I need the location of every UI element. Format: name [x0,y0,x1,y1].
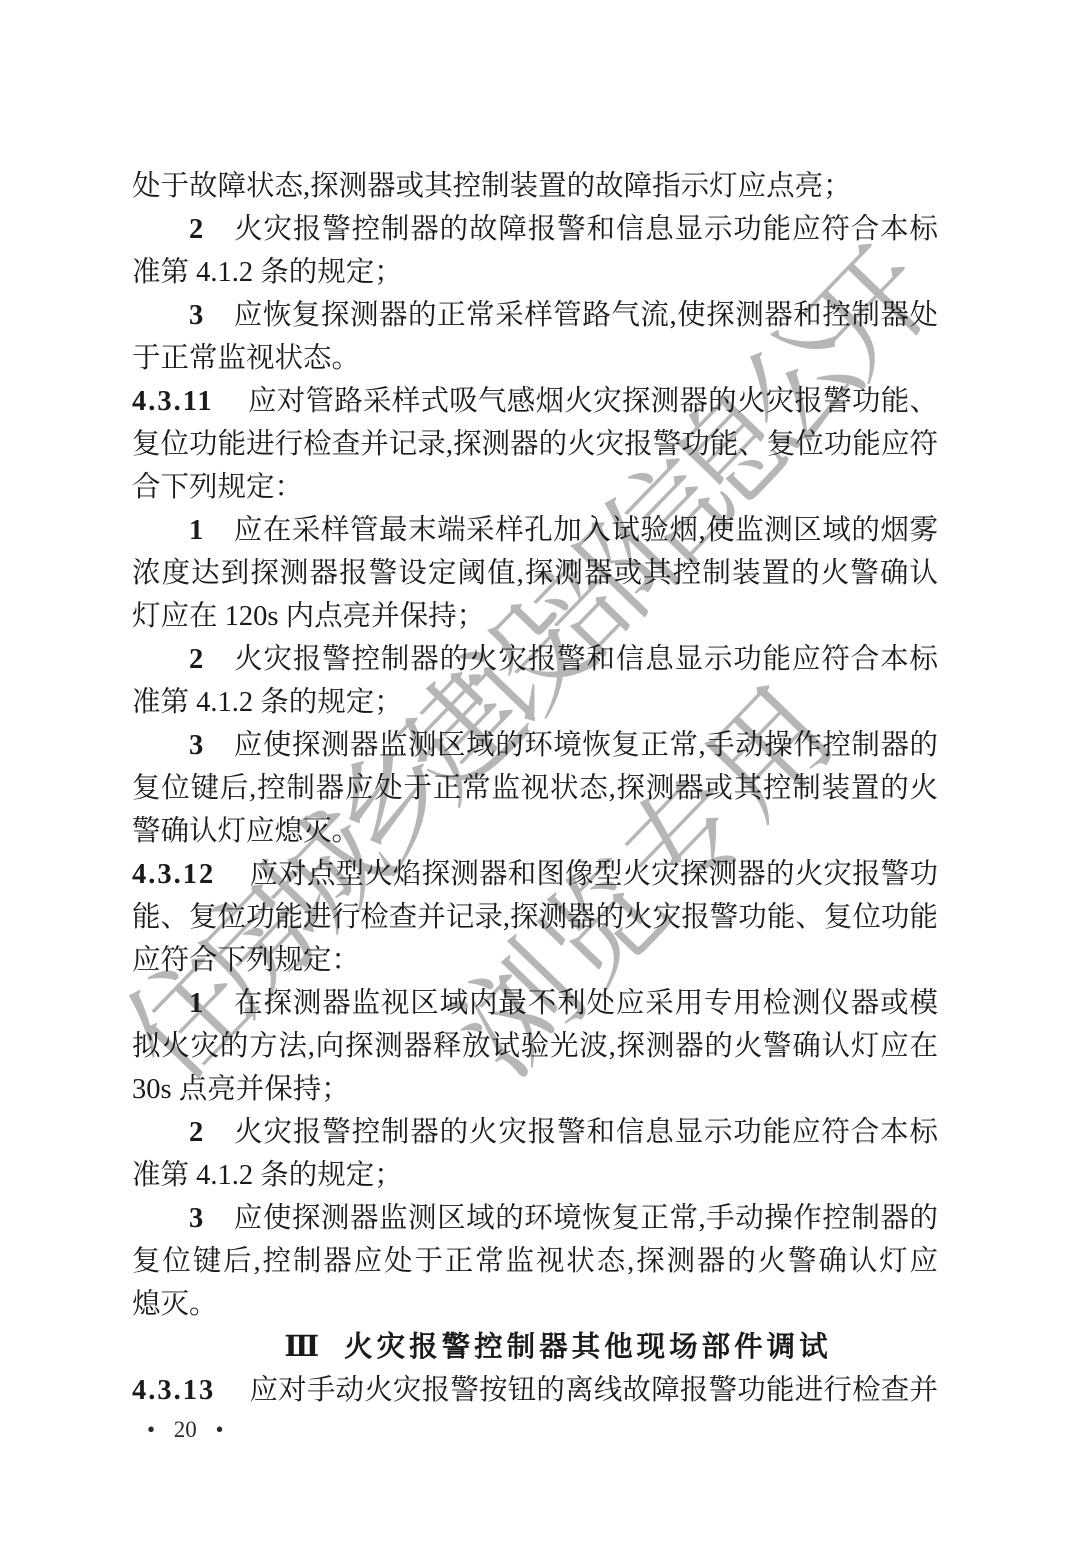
line-text: 警确认灯应熄灭。 [132,816,360,847]
item-number: 3 [189,730,205,761]
line-text: 应使探测器监测区域的环境恢复正常,手动操作控制器的 [233,1203,938,1234]
item-number: 2 [189,644,205,675]
line-text: 应恢复探测器的正常采样管路气流,使探测器和控制器处 [233,300,938,331]
clause-line: 4.3.11应对管路采样式吸气感烟火灾探测器的火灾报警功能、 [132,380,938,423]
text-line: 30s 点亮并保持； [132,1068,938,1111]
list-item-line: 1在探测器监视区域内最不利处应采用专用检测仪器或模 [132,982,938,1025]
line-text: 应对点型火焰探测器和图像型火灾探测器的火灾报警功 [249,859,938,890]
list-item-line: 2火灾报警控制器的故障报警和信息显示功能应符合本标 [132,208,938,251]
line-text: 应在采样管最末端采样孔加入试验烟,使监测区域的烟雾 [233,515,938,546]
clause-number: 4.3.12 [132,859,215,890]
text-line: 准第 4.1.2 条的规定； [132,251,938,294]
line-text: 火灾报警控制器其他现场部件调试 [344,1332,832,1363]
text-line: 警确认灯应熄灭。 [132,810,938,853]
clause-line: 4.3.12应对点型火焰探测器和图像型火灾探测器的火灾报警功 [132,853,938,896]
line-text: 复位功能进行检查并记录,探测器的火灾报警功能、复位功能应符 [132,429,938,460]
line-text: 火灾报警控制器的火灾报警和信息显示功能应符合本标 [233,644,938,675]
list-item-line: 3应使探测器监测区域的环境恢复正常,手动操作控制器的 [132,1197,938,1240]
line-text: 准第 4.1.2 条的规定； [132,1160,403,1191]
line-text: 浓度达到探测器报警设定阈值,探测器或其控制装置的火警确认 [132,558,938,589]
text-line: 浓度达到探测器报警设定阈值,探测器或其控制装置的火警确认 [132,552,938,595]
line-text: 应使探测器监测区域的环境恢复正常,手动操作控制器的 [233,730,938,761]
text-line: 复位功能进行检查并记录,探测器的火灾报警功能、复位功能应符 [132,423,938,466]
line-text: 合下列规定： [132,472,303,503]
line-text: 准第 4.1.2 条的规定； [132,687,403,718]
text-line: 准第 4.1.2 条的规定； [132,681,938,724]
item-number: 1 [189,515,205,546]
document-page: { "watermark": { "line1": "住房城乡建设部信息公开",… [0,0,1080,1566]
text-block: 处于故障状态,探测器或其控制装置的故障指示灯应点亮；2火灾报警控制器的故障报警和… [132,165,938,1412]
line-text: 火灾报警控制器的故障报警和信息显示功能应符合本标 [233,214,938,245]
text-line: 应符合下列规定： [132,939,938,982]
text-line: 能、复位功能进行检查并记录,探测器的火灾报警功能、复位功能 [132,896,938,939]
item-number: 3 [189,300,205,331]
item-number: 1 [189,988,205,1019]
list-item-line: 2火灾报警控制器的火灾报警和信息显示功能应符合本标 [132,638,938,681]
section-heading: Ⅲ火灾报警控制器其他现场部件调试 [132,1326,938,1369]
text-line: 准第 4.1.2 条的规定； [132,1154,938,1197]
list-item-line: 3应恢复探测器的正常采样管路气流,使探测器和控制器处 [132,294,938,337]
line-text: 火灾报警控制器的火灾报警和信息显示功能应符合本标 [233,1117,938,1148]
item-number: 3 [189,1203,205,1234]
line-text: 熄灭。 [132,1289,218,1320]
text-line: 处于故障状态,探测器或其控制装置的故障指示灯应点亮； [132,165,938,208]
text-line: 熄灭。 [132,1283,938,1326]
text-line: 拟火灾的方法,向探测器释放试验光波,探测器的火警确认灯应在 [132,1025,938,1068]
line-text: 应符合下列规定： [132,945,360,976]
page-number: • 20 • [147,1417,224,1443]
line-text: 能、复位功能进行检查并记录,探测器的火灾报警功能、复位功能 [132,902,938,933]
item-number: 2 [189,1117,205,1148]
text-line: 合下列规定： [132,466,938,509]
line-text: 复位键后,控制器应处于正常监视状态,探测器的火警确认灯应 [132,1246,938,1277]
line-text: 复位键后,控制器应处于正常监视状态,探测器或其控制装置的火 [132,773,938,804]
line-text: 30s 点亮并保持； [132,1074,350,1105]
item-number: 2 [189,214,205,245]
text-line: 于正常监视状态。 [132,337,938,380]
list-item-line: 3应使探测器监测区域的环境恢复正常,手动操作控制器的 [132,724,938,767]
text-line: 复位键后,控制器应处于正常监视状态,探测器的火警确认灯应 [132,1240,938,1283]
clause-line: 4.3.13应对手动火灾报警按钮的离线故障报警功能进行检查并 [132,1369,938,1412]
list-item-line: 1应在采样管最末端采样孔加入试验烟,使监测区域的烟雾 [132,509,938,552]
line-text: 于正常监视状态。 [132,343,360,374]
line-text: 准第 4.1.2 条的规定； [132,257,403,288]
line-text: 在探测器监视区域内最不利处应采用专用检测仪器或模 [233,988,938,1019]
line-text: 灯应在 120s 内点亮并保持； [132,601,485,632]
line-text: 处于故障状态,探测器或其控制装置的故障指示灯应点亮； [132,171,852,202]
clause-number: 4.3.11 [132,386,214,417]
text-line: 灯应在 120s 内点亮并保持； [132,595,938,638]
line-text: 应对手动火灾报警按钮的离线故障报警功能进行检查并 [249,1375,938,1406]
line-text: 应对管路采样式吸气感烟火灾探测器的火灾报警功能、 [248,386,938,417]
clause-number: 4.3.13 [132,1375,215,1406]
text-line: 复位键后,控制器应处于正常监视状态,探测器或其控制装置的火 [132,767,938,810]
line-text: 拟火灾的方法,向探测器释放试验光波,探测器的火警确认灯应在 [132,1031,938,1062]
heading-numeral: Ⅲ [284,1332,320,1363]
list-item-line: 2火灾报警控制器的火灾报警和信息显示功能应符合本标 [132,1111,938,1154]
